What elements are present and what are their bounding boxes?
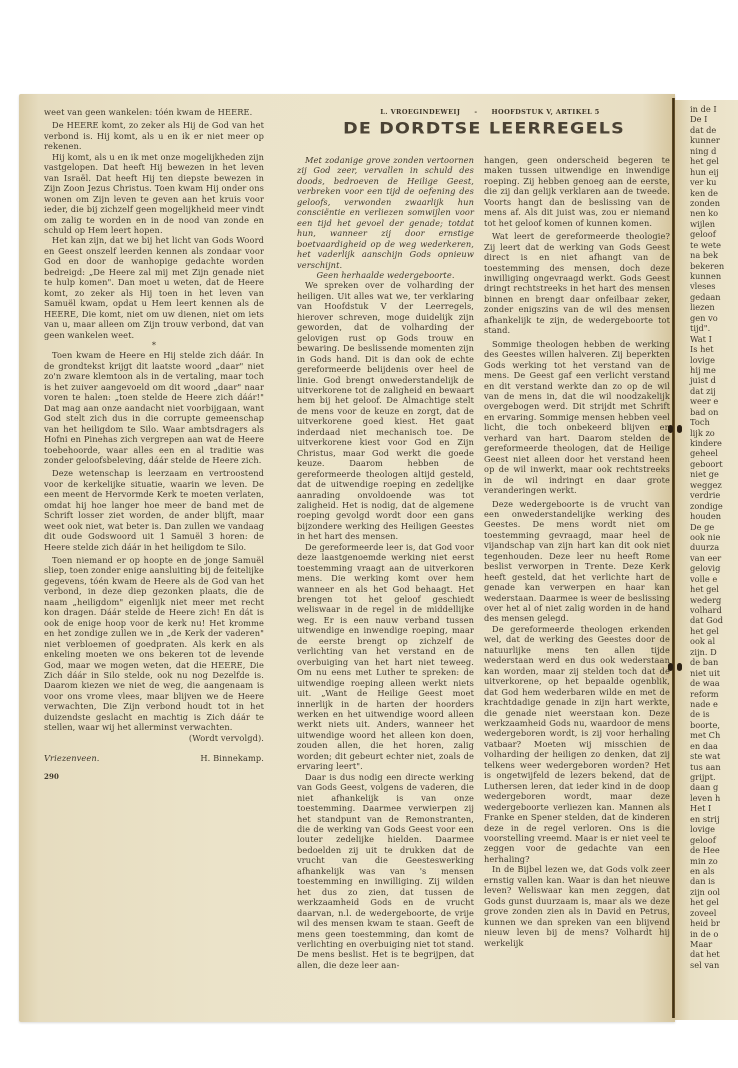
fragment-line: tijd". [690, 323, 738, 333]
section-separator: * [44, 340, 264, 350]
fragment-line: zijn ool [690, 887, 738, 897]
fragment-line: zondige [690, 501, 738, 511]
fragment-line: boorte, [690, 720, 738, 730]
paragraph: hangen, geen onderscheid begeren te make… [484, 155, 670, 228]
fragment-line: geloof [690, 835, 738, 845]
next-page-fragment: in de IDe Idat dekunnerning dhet gelhun … [690, 104, 738, 970]
fragment-line: geloof [690, 229, 738, 239]
fragment-line: het gel [690, 156, 738, 166]
intro-quote: Met zodanige grove zonden vertoornen zij… [297, 155, 474, 270]
page-tab-mark [668, 663, 673, 671]
fragment-line: dan is [690, 876, 738, 886]
fragment-line: in de I [690, 104, 738, 114]
paragraph: Deze wetenschap is leerzaam en vertroost… [44, 468, 264, 552]
author-name: L. VROEGINDEWEIJ [380, 108, 460, 116]
fragment-line: en strij [690, 814, 738, 824]
fragment-line: tus aan [690, 762, 738, 772]
fragment-line: hij me [690, 365, 738, 375]
fragment-line: kunnen [690, 271, 738, 281]
fragment-line: geheel [690, 448, 738, 458]
fragment-line: bekeren [690, 261, 738, 271]
fragment-line: Maar [690, 939, 738, 949]
fragment-line: volhard [690, 605, 738, 615]
paragraph: Toen niemand er op hoopte en de jonge Sa… [44, 555, 264, 733]
fragment-line: ste wat [690, 751, 738, 761]
fragment-line: dat het [690, 949, 738, 959]
fragment-line: lijk zo [690, 428, 738, 438]
continued-note: (Wordt vervolgd). [44, 733, 264, 743]
fragment-line: wijlen [690, 219, 738, 229]
fragment-line: het gel [690, 897, 738, 907]
fragment-line: de waa [690, 678, 738, 688]
fragment-line: zijn. D [690, 647, 738, 657]
fragment-line: geboort [690, 459, 738, 469]
fragment-line: volle e [690, 574, 738, 584]
fragment-line: zonden [690, 198, 738, 208]
fragment-line: de ban [690, 657, 738, 667]
fragment-line: ver ku [690, 177, 738, 187]
paragraph: De gereformeerde leer is, dat God voor d… [297, 542, 474, 772]
fragment-line: bad on [690, 407, 738, 417]
fragment-line: daan g [690, 782, 738, 792]
paragraph: weet van geen wankelen: tóén kwam de HEE… [44, 107, 264, 117]
fragment-line: nen ko [690, 208, 738, 218]
paragraph: Hij komt, als u en ik met onze mogelijkh… [44, 152, 264, 236]
paragraph: Sommige theologen hebben de werking des … [484, 339, 670, 496]
paragraph: Deze wedergeboorte is de vrucht van een … [484, 499, 670, 624]
fragment-line: gelovig [690, 563, 738, 573]
signature-line: Vriezenveen. H. Binnekamp. [44, 753, 264, 763]
subheading: Geen herhaalde wedergeboorte. [297, 270, 474, 280]
page-tab-mark [677, 663, 682, 671]
fragment-line: dat God [690, 615, 738, 625]
fragment-line: Is het [690, 344, 738, 354]
fragment-line: min zo [690, 856, 738, 866]
fragment-line: de Hee [690, 845, 738, 855]
fragment-line: kindere [690, 438, 738, 448]
fragment-line: duurza [690, 542, 738, 552]
fragment-line: ook nie [690, 532, 738, 542]
paragraph: In de Bijbel lezen we, dat Gods volk zee… [484, 864, 670, 948]
chapter-reference: HOOFDSTUK V, ARTIKEL 5 [491, 108, 599, 116]
fragment-line: gedaan [690, 292, 738, 302]
fragment-line: ook al [690, 636, 738, 646]
fragment-line: reform [690, 689, 738, 699]
paragraph: Het kan zijn, dat we bij het licht van G… [44, 235, 264, 340]
author-signature: H. Binnekamp. [200, 753, 264, 763]
page-number: 290 [44, 772, 264, 782]
left-column: weet van geen wankelen: tóén kwam de HEE… [44, 107, 264, 782]
fragment-line: sel van [690, 960, 738, 970]
fragment-line: lovige [690, 355, 738, 365]
header-separator: - [474, 108, 477, 116]
page-tab-mark [668, 425, 673, 433]
fragment-line: hun eij [690, 167, 738, 177]
article-title: DE DORDTSE LEERREGELS [298, 120, 670, 138]
fragment-line: in de o [690, 929, 738, 939]
fragment-line: De ge [690, 522, 738, 532]
fragment-line: weer e [690, 396, 738, 406]
fragment-line: juist d [690, 375, 738, 385]
fragment-line: liezen [690, 302, 738, 312]
fragment-line: De I [690, 114, 738, 124]
fragment-line: ning d [690, 146, 738, 156]
fragment-line: dat zij [690, 386, 738, 396]
fragment-line: vleses [690, 281, 738, 291]
paragraph: De gereformeerde theologen erkenden wel,… [484, 624, 670, 864]
paragraph: We spreken over de volharding der heilig… [297, 280, 474, 541]
fragment-line: van eer [690, 553, 738, 563]
fragment-line: gen vo [690, 313, 738, 323]
fragment-line: houden [690, 511, 738, 521]
fragment-line: het gel [690, 584, 738, 594]
fragment-line: weggez [690, 480, 738, 490]
fragment-line: kunner [690, 135, 738, 145]
fragment-line: zoveel [690, 908, 738, 918]
fragment-line: niet uit [690, 668, 738, 678]
right-column: hangen, geen onderscheid begeren te make… [484, 155, 670, 948]
paragraph: Toen kwam de Heere en Hij stelde zich dá… [44, 350, 264, 465]
running-head: L. VROEGINDEWEIJ-HOOFDSTUK V, ARTIKEL 5 [315, 108, 665, 116]
fragment-line: het gel [690, 626, 738, 636]
fragment-line: ken de [690, 188, 738, 198]
paragraph: De HEERE komt, zo zeker als Hij de God v… [44, 120, 264, 151]
fragment-line: Toch [690, 417, 738, 427]
fragment-line: met Ch [690, 730, 738, 740]
fragment-line: na bek [690, 250, 738, 260]
fragment-line: lovige [690, 824, 738, 834]
fragment-line: dat de [690, 125, 738, 135]
fragment-line: wederg [690, 595, 738, 605]
fragment-line: Het I [690, 803, 738, 813]
fragment-line: en als [690, 866, 738, 876]
fragment-line: grijpt. [690, 772, 738, 782]
middle-column: Met zodanige grove zonden vertoornen zij… [297, 155, 474, 970]
fragment-line: te wete [690, 240, 738, 250]
place-name: Vriezenveen. [44, 753, 100, 763]
fragment-line: leven h [690, 793, 738, 803]
fragment-line: niet ge [690, 469, 738, 479]
fragment-line: Wat I [690, 334, 738, 344]
quote-text: Met zodanige grove zonden vertoornen zij… [297, 155, 474, 270]
fragment-line: nade e [690, 699, 738, 709]
fragment-line: verdrie [690, 490, 738, 500]
fragment-line: en daa [690, 741, 738, 751]
fragment-line: de is [690, 709, 738, 719]
page-tab-mark [677, 425, 682, 433]
paragraph: Wat leert de gereformeerde theologie? Zi… [484, 231, 670, 336]
fragment-line: heid br [690, 918, 738, 928]
paragraph: Daar is dus nodig een directe werking va… [297, 772, 474, 971]
